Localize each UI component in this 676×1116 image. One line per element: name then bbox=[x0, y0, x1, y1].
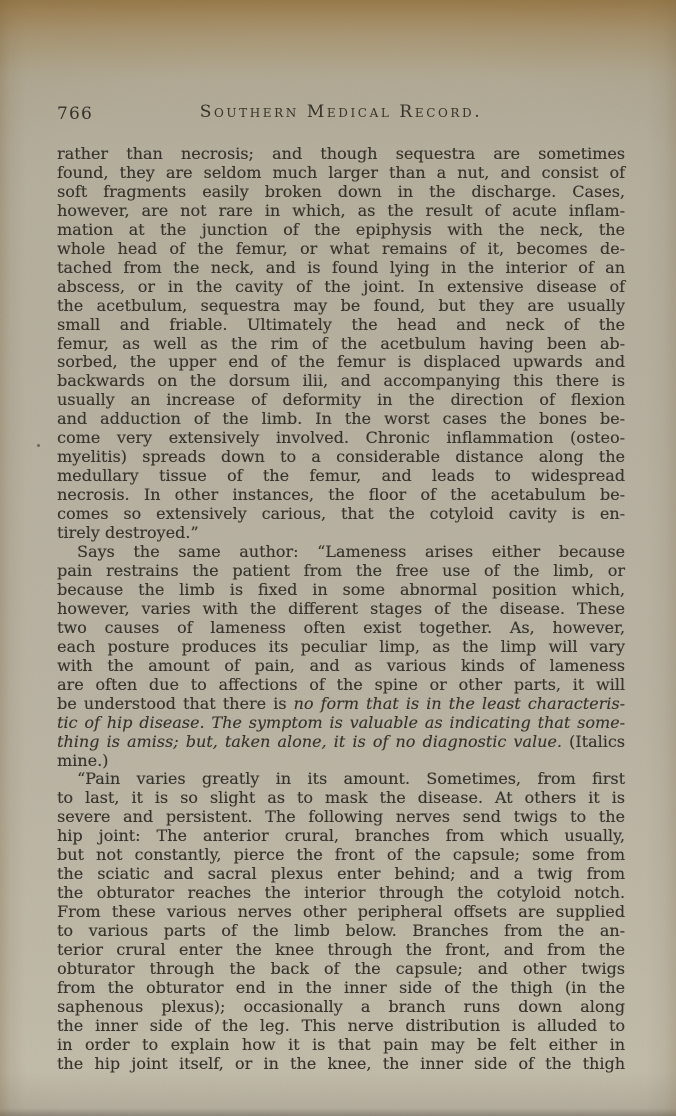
scanned-page: 766 Southern Medical Record. rather than… bbox=[0, 0, 676, 1116]
text-line: tached from the neck, and is found lying… bbox=[57, 259, 625, 278]
text-line: mation at the junction of the epiphysis … bbox=[57, 221, 625, 240]
text-line: with the amount of pain, and as various … bbox=[57, 657, 625, 676]
text-line: medullary tissue of the femur, and leads… bbox=[57, 467, 625, 486]
text-line: tic of hip disease. The symptom is valua… bbox=[57, 714, 625, 733]
text-line: be understood that there is no form that… bbox=[57, 695, 625, 714]
text-line: hip joint: The anterior crural, branches… bbox=[57, 827, 625, 846]
text-line: obturator through the back of the capsul… bbox=[57, 960, 625, 979]
text-line: the hip joint itself, or in the knee, th… bbox=[57, 1055, 625, 1074]
paragraph: rather than necrosis; and though sequest… bbox=[57, 145, 625, 543]
text-line: usually an increase of deformity in the … bbox=[57, 391, 625, 410]
text-line: necrosis. In other instances, the floor … bbox=[57, 486, 625, 505]
text-line: from the obturator end in the inner side… bbox=[57, 979, 625, 998]
text-line: but not constantly, pierce the front of … bbox=[57, 846, 625, 865]
text-line: however, varies with the different stage… bbox=[57, 600, 625, 619]
text-line: to various parts of the limb below. Bran… bbox=[57, 922, 625, 941]
text-line: the inner side of the leg. This nerve di… bbox=[57, 1017, 625, 1036]
text-line: comes so extensively carious, that the c… bbox=[57, 505, 625, 524]
text-line: in order to explain how it is that pain … bbox=[57, 1036, 625, 1055]
text-line: rather than necrosis; and though sequest… bbox=[57, 145, 625, 164]
text-line: each posture produces its peculiar limp,… bbox=[57, 638, 625, 657]
text-line: soft fragments easily broken down in the… bbox=[57, 183, 625, 202]
text-line: come very extensively involved. Chronic … bbox=[57, 429, 625, 448]
text-line: the acetbulum, sequestra may be found, b… bbox=[57, 297, 625, 316]
text-line: however, are not rare in which, as the r… bbox=[57, 202, 625, 221]
text-line: terior crural enter the knee through the… bbox=[57, 941, 625, 960]
text-line: are often due to affections of the spine… bbox=[57, 676, 625, 695]
paragraph: Says the same author: “Lameness arises e… bbox=[57, 543, 625, 770]
text-line: and adduction of the limb. In the worst … bbox=[57, 410, 625, 429]
text-line: tirely destroyed.” bbox=[57, 524, 625, 543]
text-line: Says the same author: “Lameness arises e… bbox=[57, 543, 625, 562]
text-line: “Pain varies greatly in its amount. Some… bbox=[57, 770, 625, 789]
text-line: sorbed, the upper end of the femur is di… bbox=[57, 353, 625, 372]
text-line: because the limb is fixed in some abnorm… bbox=[57, 581, 625, 600]
ink-speck bbox=[37, 444, 40, 447]
text-line: whole head of the femur, or what remains… bbox=[57, 240, 625, 259]
text-line: to last, it is so slight as to mask the … bbox=[57, 789, 625, 808]
text-line: femur, as well as the rim of the acetbul… bbox=[57, 335, 625, 354]
text-line: abscess, or in the cavity of the joint. … bbox=[57, 278, 625, 297]
text-line: two causes of lameness often exist toget… bbox=[57, 619, 625, 638]
text-line: mine.) bbox=[57, 752, 625, 771]
paragraph: “Pain varies greatly in its amount. Some… bbox=[57, 770, 625, 1073]
text-line: the obturator reaches the interior throu… bbox=[57, 884, 625, 903]
journal-title: Southern Medical Record. bbox=[57, 102, 625, 122]
body-text: rather than necrosis; and though sequest… bbox=[57, 145, 625, 1074]
text-line: small and friable. Ultimately the head a… bbox=[57, 316, 625, 335]
text-line: severe and persistent. The following ner… bbox=[57, 808, 625, 827]
page-number: 766 bbox=[57, 104, 93, 124]
text-line: From these various nerves other peripher… bbox=[57, 903, 625, 922]
text-line: thing is amiss; but, taken alone, it is … bbox=[57, 733, 625, 752]
text-line: pain restrains the patient from the free… bbox=[57, 562, 625, 581]
page-header: 766 Southern Medical Record. bbox=[57, 102, 625, 126]
text-line: found, they are seldom much larger than … bbox=[57, 164, 625, 183]
text-line: saphenous plexus); occasionally a branch… bbox=[57, 998, 625, 1017]
text-line: myelitis) spreads down to a considerable… bbox=[57, 448, 625, 467]
text-line: the sciatic and sacral plexus enter behi… bbox=[57, 865, 625, 884]
text-line: backwards on the dorsum ilii, and accomp… bbox=[57, 372, 625, 391]
